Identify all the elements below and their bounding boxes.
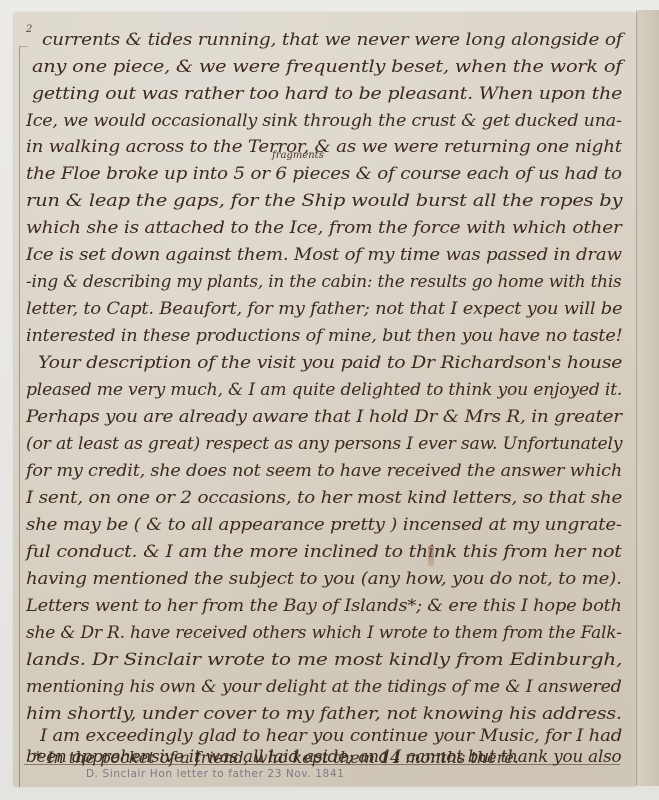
letter-line: having mentioned the subject to you (any… <box>26 569 622 588</box>
letter-line: -ing & describing my plants, in the cabi… <box>26 272 621 291</box>
letter-line: getting out was rather too hard to be pl… <box>32 84 622 103</box>
letter-line: Ice, we would occasionally sink through … <box>26 111 622 130</box>
footnote: * In the pocket of a friend, who kept th… <box>34 748 519 767</box>
letter-line: the Floe broke up into 5 or 6 pieces & o… <box>26 164 622 183</box>
letter-line: I sent, on one or 2 occasions, to her mo… <box>26 488 622 507</box>
letter-line: currents & tides running, that we never … <box>42 30 622 49</box>
letter-line: lands. Dr Sinclair wrote to me most kind… <box>26 650 622 669</box>
letter-line: I am exceedingly glad to hear you contin… <box>40 726 622 745</box>
letter-line: which she is attached to the Ice, from t… <box>26 218 622 237</box>
letter-line: pleased me very much, & I am quite delig… <box>26 380 622 399</box>
letter-line: mentioning his own & your delight at the… <box>26 677 622 696</box>
letter-line: (or at least as great) respect as any pe… <box>26 434 622 453</box>
interlinear-insertion: fragments <box>272 150 324 161</box>
letter-line: Letters went to her from the Bay of Isla… <box>26 596 622 615</box>
archival-pencil-annotation: D. Sinclair Hon letter to father 23 Nov.… <box>86 768 344 780</box>
letter-line: Ice is set down against them. Most of my… <box>26 245 622 264</box>
letter-line: ful conduct. & I am the more inclined to… <box>26 542 622 561</box>
letter-line: Perhaps you are already aware that I hol… <box>26 407 622 426</box>
letter-line: letter, to Capt. Beaufort, for my father… <box>26 299 622 318</box>
adjacent-page-edge <box>636 10 659 786</box>
letter-line: Your description of the visit you paid t… <box>38 353 622 372</box>
letter-line: run & leap the gaps, for the Ship would … <box>26 191 622 210</box>
letter-line: him shortly, under cover to my father, n… <box>26 704 622 723</box>
page-number: 2 <box>26 24 32 35</box>
letter-line: interested in these productions of mine,… <box>26 326 622 345</box>
letter-line: she & Dr R. have received others which I… <box>26 623 622 642</box>
letter-line: any one piece, & we were frequently bese… <box>32 57 622 76</box>
paper-stain <box>428 545 434 567</box>
letter-line: for my credit, she does not seem to have… <box>26 461 622 480</box>
letter-line: she may be ( & to all appearance pretty … <box>26 515 622 534</box>
